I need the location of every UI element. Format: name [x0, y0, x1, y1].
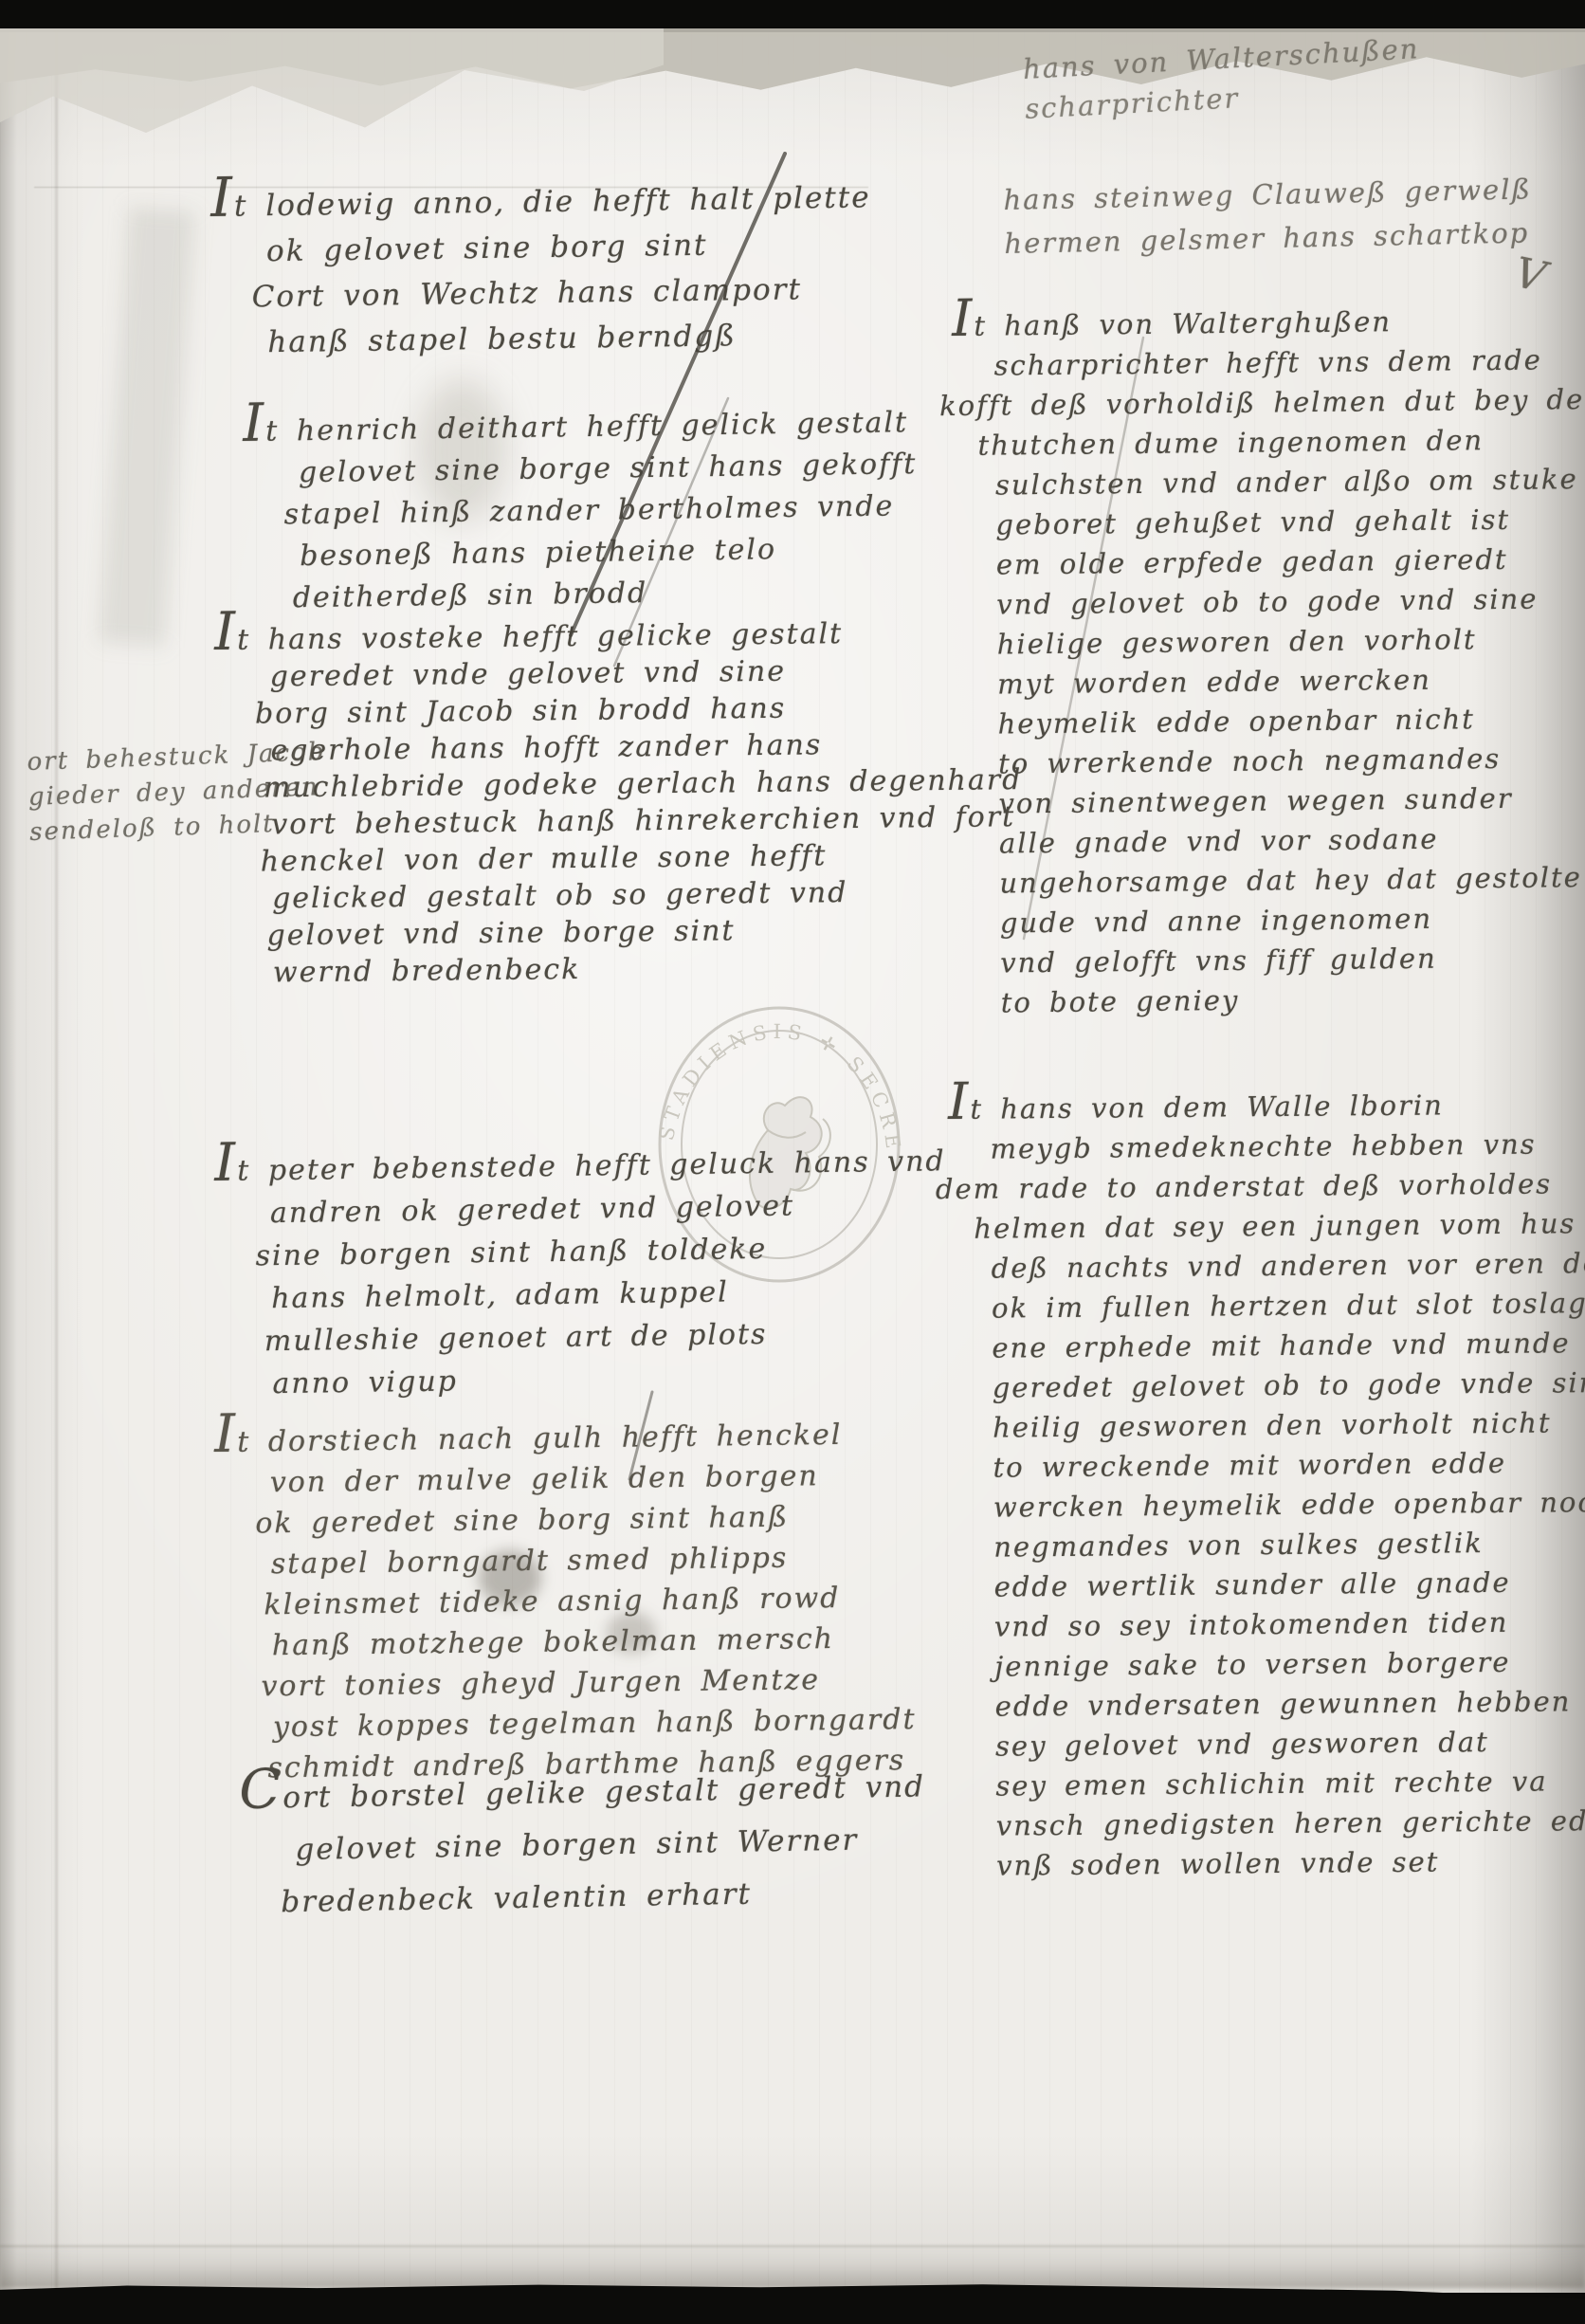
text-line: edde vndersaten gewunnen hebben [995, 1681, 1585, 1727]
manuscript-entry-left-1: It lodewig anno, die hefft halt pletteok… [210, 173, 873, 366]
text-line: vnd so sey intokomenden tiden [994, 1601, 1585, 1647]
text-line: sulchsten vnd ander alßo om stuke [995, 459, 1585, 505]
text-line: hanß stapel bestu berndgß [267, 311, 873, 365]
manuscript-entry-left-2: It henrich deithart hefft gelick gestalt… [243, 398, 919, 620]
text-line: heilig gesworen den vorholt nicht [993, 1402, 1585, 1448]
text-line: hielige gesworen den vorholt [997, 618, 1585, 665]
text-line: von sinentwegen wegen sunder [998, 778, 1585, 824]
manuscript-entry-left-6: Cort borstel gelike gestalt geredt vndge… [239, 1761, 927, 1930]
right-names-block: hans steinweg Clauweß gerwelßhermen gels… [1003, 167, 1533, 265]
text-line: vnd gelofft vns fiff gulden [1000, 937, 1585, 983]
text-line: thutchen dume ingenomen den [977, 419, 1584, 466]
text-line: It hanß von Walterghußen [952, 297, 1584, 346]
text-line: vnsch gnedigsten heren gerichte edd [996, 1801, 1585, 1846]
text-line: von der mulve gelik den borgen [270, 1455, 914, 1503]
text-line: stapel hinß zander bertholmes vnde [283, 485, 918, 536]
margin-note: ort behestuck Jacobgieder dey anderensen… [27, 735, 329, 851]
text-line: vnd gelovet ob to gode vnd sine [996, 578, 1585, 625]
manuscript-scan: STADIENSIS ✛ SECRETUM hans von Waltersch… [0, 0, 1585, 2324]
crease-line [0, 2245, 1585, 2247]
left-fold-crease [55, 32, 58, 2293]
text-line: geredet gelovet ob to gode vnde sine [993, 1363, 1585, 1408]
text-line: to wreckende mit worden edde [993, 1442, 1585, 1488]
text-line: wercken heymelik edde openbar noch [993, 1482, 1585, 1528]
text-line: helmen dat sey een jungen vom hus [974, 1203, 1585, 1249]
manuscript-entry-left-5: It dorstiech nach gulh hefft henckelvon … [214, 1410, 917, 1789]
text-line: myt worden edde wercken [997, 658, 1585, 705]
text-line: scharprichter hefft vns dem rade [993, 339, 1583, 386]
manuscript-entry-left-3: It hans vosteke hefft gelicke gestaltger… [214, 608, 1025, 992]
left-fold-shadow [0, 32, 85, 2293]
text-line: jennige sake to versen borgere [994, 1641, 1585, 1687]
text-line: gude vnd anne ingenomen [1000, 897, 1585, 943]
text-line: Cort von Wechtz hans clamport [251, 265, 872, 320]
text-line: meygb smedeknechte hebben vns [990, 1124, 1585, 1169]
text-line: It lodewig anno, die hefft halt plette [210, 173, 871, 229]
text-line: It hans von dem Walle lborin [948, 1081, 1585, 1129]
text-line: ungehorsamge dat hey dat gestolte [999, 857, 1585, 904]
text-line: deß nachts vnd anderen vor eren dorin [991, 1243, 1585, 1289]
manuscript-entry-right-2: It hans von dem Walle lborinmeygb smedek… [948, 1081, 1585, 1886]
text-line: vort behestuck hanß hinrekerchien vnd fo… [271, 798, 1023, 843]
text-line: vnß soden wollen vnde set [996, 1840, 1585, 1886]
text-line: edde wertlik sunder alle gnade [993, 1562, 1585, 1607]
text-line: to bote geniey [1001, 977, 1585, 1023]
text-line: heymelik edde openbar nicht [997, 698, 1585, 744]
text-line: gelovet sine borgen sint Werner [295, 1813, 926, 1876]
manuscript-entry-right-1: It hanß von Walterghußenscharprichter he… [952, 297, 1585, 1023]
text-line: alle gnade vnd vor sodane [999, 817, 1585, 864]
text-line: geboret gehußet vnd gehalt ist [995, 499, 1585, 545]
manuscript-entry-left-4: It peter bebenstede hefft geluck hans vn… [214, 1137, 949, 1406]
text-line: to wrerkende noch negmandes [998, 738, 1585, 784]
text-line: wernd bredenbeck [273, 946, 1025, 991]
text-line: ok im fullen hertzen dut slot toslagen [992, 1283, 1585, 1328]
text-line: em olde erpfede gedan gieredt [996, 539, 1585, 585]
text-line: ene erphede mit hande vnd munde [992, 1323, 1585, 1368]
text-line: dem rade to anderstat deß vorholdes [936, 1163, 1585, 1210]
text-line: sey gelovet vnd gesworen dat [995, 1721, 1585, 1766]
text-line: kofft deß vorholdiß helmen dut bey de [939, 379, 1584, 426]
text-line: sey emen schlichin mit rechte va [995, 1761, 1585, 1806]
text-line: negmandes von sulkes gestlik [993, 1522, 1585, 1567]
